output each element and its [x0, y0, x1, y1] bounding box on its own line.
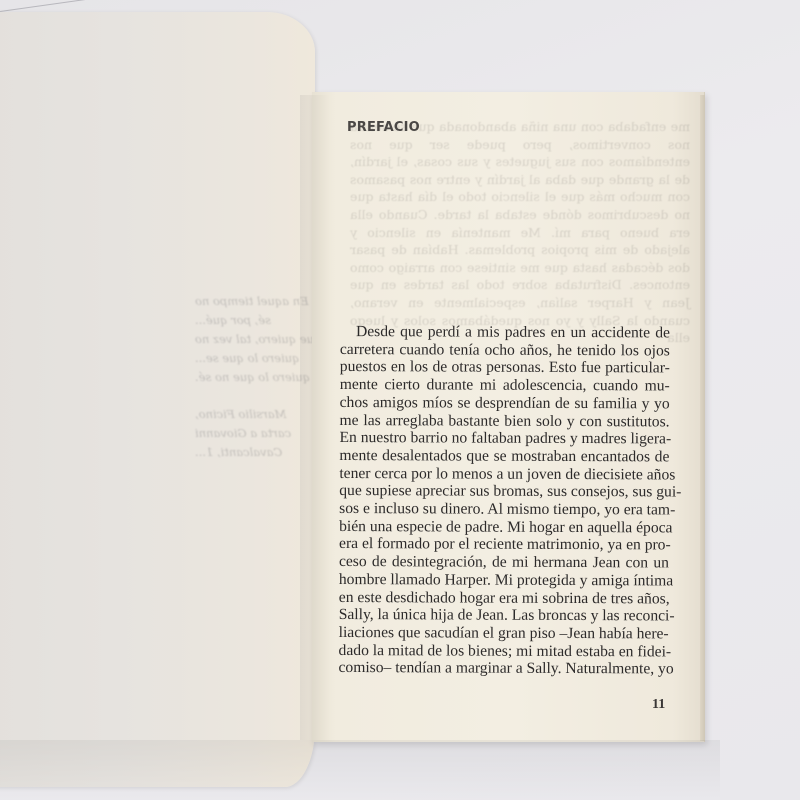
text-line: comiso– tendían a marginar a Sally. Natu…	[338, 659, 668, 678]
book-photo: En aquel tiempo no sé, por qué... que qu…	[0, 0, 800, 800]
text-line: Sally, la única hija de Jean. Las bronca…	[339, 606, 669, 625]
page-block-edge	[700, 95, 705, 741]
chapter-heading: PREFACIO	[347, 120, 420, 135]
text-line: En nuestro barrio no faltaban padres y m…	[339, 429, 669, 448]
text-line: mente cierto durante mi adolescencia, cu…	[340, 376, 670, 395]
text-line: Desde que perdí a mis padres en un accid…	[340, 323, 670, 342]
text-line: bién una especie de padre. Mi hogar en a…	[339, 518, 669, 537]
gutter-shadow	[300, 95, 330, 740]
text-line: hombre llamado Harper. Mi protegida y am…	[339, 571, 669, 590]
text-line: mente desalentados que se mostraban enca…	[339, 447, 669, 466]
text-line: ceso de desintegración, de mi hermana Je…	[339, 553, 669, 572]
text-line: dado la mitad de los bienes; mi mitad es…	[339, 642, 669, 661]
text-line: liaciones que sacudían el gran piso –Jea…	[339, 624, 669, 643]
page-number: 11	[652, 697, 665, 713]
text-line: me las arreglaba bastante bien solo y co…	[340, 412, 670, 431]
text-line: carretera cuando tenía ocho años, he ten…	[340, 341, 670, 360]
text-line: era el formado por el reciente matrimoni…	[339, 535, 669, 554]
text-line: sos e incluso su dinero. Al mismo tiempo…	[339, 500, 669, 519]
surface-shadow	[0, 740, 720, 800]
text-line: chos amigos míos se desprendían de su fa…	[340, 394, 670, 413]
text-line: puestos en los de otras personas. Esto f…	[340, 358, 670, 377]
text-line: tener cerca por lo menos a un joven de d…	[339, 465, 669, 484]
text-line: en este desdichado hogar era mi sobrina …	[339, 589, 669, 608]
text-line: que supiese apreciar sus bromas, sus con…	[339, 482, 669, 501]
right-page-bleedthrough-text: me enfadaba con una niña abandonada que …	[350, 118, 690, 347]
preface-body-text: Desde que perdí a mis padres en un accid…	[338, 323, 670, 678]
